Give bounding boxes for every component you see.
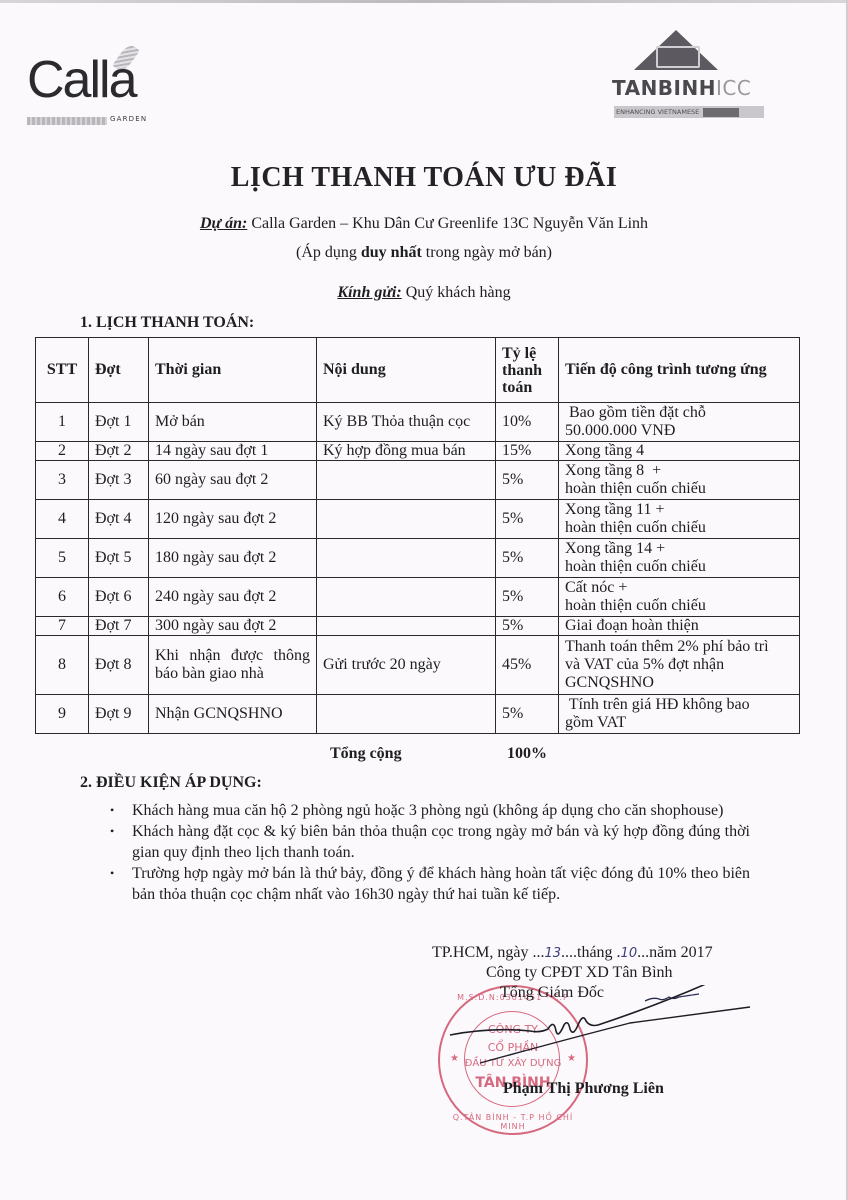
calla-logo-subtext: GARDEN — [110, 115, 147, 123]
cell-rate: 5% — [496, 578, 559, 617]
cell-rate: 10% — [496, 403, 559, 442]
cell-progress: Xong tầng 8 +hoàn thiện cuốn chiếu — [559, 461, 800, 500]
cell-time: 120 ngày sau đợt 2 — [149, 500, 317, 539]
cell-rate: 5% — [496, 539, 559, 578]
cell-stt: 4 — [36, 500, 89, 539]
cell-dot: Đợt 1 — [89, 403, 149, 442]
cell-dot: Đợt 7 — [89, 617, 149, 636]
greeting-label: Kính gửi: — [337, 284, 401, 301]
cell-stt: 5 — [36, 539, 89, 578]
tanbinh-brand: TANBINH — [612, 76, 716, 100]
date-mid: ....tháng . — [561, 944, 621, 961]
greeting-line: Kính gửi: Quý khách hàng — [0, 284, 848, 302]
cell-stt: 3 — [36, 461, 89, 500]
signer-name: Phạm Thị Phương Liên — [503, 1080, 664, 1098]
progress-line: Giai đoạn hoàn thiện — [565, 617, 793, 635]
cell-rate: 5% — [496, 500, 559, 539]
condition-text: Khách hàng đặt cọc & ký biên bản thỏa th… — [132, 823, 750, 861]
cell-dot: Đợt 4 — [89, 500, 149, 539]
list-item: •Trường hợp ngày mở bán là thứ bảy, đồng… — [110, 863, 750, 905]
col-header-progress: Tiến độ công trình tương ứng — [559, 338, 800, 403]
cell-time: 240 ngày sau đợt 2 — [149, 578, 317, 617]
progress-line: hoàn thiện cuốn chiếu — [565, 519, 793, 537]
cell-content — [317, 500, 496, 539]
col-header-dot: Đợt — [89, 338, 149, 403]
condition-text: Trường hợp ngày mở bán là thứ bảy, đồng … — [132, 865, 750, 903]
signing-company: Công ty CPĐT XD Tân Bình — [486, 964, 673, 982]
condition-text: Khách hàng mua căn hộ 2 phòng ngủ hoặc 3… — [132, 802, 723, 819]
progress-line: GCNQSHNO — [565, 674, 793, 692]
total-value: 100% — [507, 745, 547, 763]
date-suffix: ...năm 2017 — [637, 944, 713, 961]
stamp-ring-bottom-text: Q.TÂN BÌNH - T.P HỒ CHÍ MINH — [440, 1113, 586, 1131]
table-row: 7Đợt 7300 ngày sau đợt 25%Giai đoạn hoàn… — [36, 617, 800, 636]
table-body: 1Đợt 1Mở bánKý BB Thỏa thuận cọc10% Bao … — [36, 403, 800, 734]
table-row: 2Đợt 214 ngày sau đợt 1Ký hợp đồng mua b… — [36, 442, 800, 461]
document-title: LỊCH THANH TOÁN ƯU ĐÃI — [0, 162, 848, 194]
bullet-icon: • — [110, 863, 114, 884]
cell-dot: Đợt 5 — [89, 539, 149, 578]
cell-stt: 2 — [36, 442, 89, 461]
tagline-block — [703, 108, 739, 117]
cell-stt: 9 — [36, 695, 89, 734]
cell-content — [317, 539, 496, 578]
table-row: 3Đợt 360 ngày sau đợt 25%Xong tầng 8 +ho… — [36, 461, 800, 500]
col-header-rate: Tỷ lệ thanh toán — [496, 338, 559, 403]
cell-progress: Xong tầng 14 +hoàn thiện cuốn chiếu — [559, 539, 800, 578]
project-label: Dự án: — [200, 215, 247, 232]
apply-prefix: (Áp dụng — [296, 244, 361, 261]
progress-line: Thanh toán thêm 2% phí bảo trì — [565, 638, 793, 656]
conditions-list: •Khách hàng mua căn hộ 2 phòng ngủ hoặc … — [110, 800, 750, 905]
apply-suffix: trong ngày mở bán) — [422, 244, 552, 261]
cell-content: Ký hợp đồng mua bán — [317, 442, 496, 461]
cell-stt: 6 — [36, 578, 89, 617]
cell-content: Ký BB Thỏa thuận cọc — [317, 403, 496, 442]
cell-dot: Đợt 3 — [89, 461, 149, 500]
tanbinh-tagline: ENHANCING VIETNAMESE — [614, 106, 764, 118]
handwritten-signature — [440, 985, 770, 1075]
cell-time: Khi nhận được thông báo bàn giao nhà — [149, 636, 317, 695]
cell-progress: Tính trên giá HĐ không baogồm VAT — [559, 695, 800, 734]
cell-progress: Giai đoạn hoàn thiện — [559, 617, 800, 636]
table-row: 8Đợt 8Khi nhận được thông báo bàn giao n… — [36, 636, 800, 695]
bullet-icon: • — [110, 800, 114, 821]
payment-schedule-table: STT Đợt Thời gian Nội dung Tỷ lệ thanh t… — [35, 337, 800, 734]
handwritten-month: 10 — [621, 946, 638, 961]
apply-bold: duy nhất — [361, 244, 422, 261]
cell-stt: 1 — [36, 403, 89, 442]
signing-date: TP.HCM, ngày ...13....tháng .10...năm 20… — [432, 944, 713, 962]
section-2-heading: 2. ĐIỀU KIỆN ÁP DỤNG: — [80, 774, 262, 792]
tanbinh-icc-logo: TANBINHICC ENHANCING VIETNAMESE — [612, 30, 772, 125]
list-item: •Khách hàng mua căn hộ 2 phòng ngủ hoặc … — [110, 800, 750, 821]
cell-dot: Đợt 6 — [89, 578, 149, 617]
progress-line: hoàn thiện cuốn chiếu — [565, 480, 793, 498]
calla-garden-logo: Calla GARDEN — [27, 40, 157, 130]
progress-line: và VAT của 5% đợt nhận — [565, 656, 793, 674]
table-header-row: STT Đợt Thời gian Nội dung Tỷ lệ thanh t… — [36, 338, 800, 403]
cell-time: 14 ngày sau đợt 1 — [149, 442, 317, 461]
cell-content — [317, 578, 496, 617]
cell-content: Gửi trước 20 ngày — [317, 636, 496, 695]
date-prefix: TP.HCM, ngày ... — [432, 944, 544, 961]
tagline-text: ENHANCING VIETNAMESE — [616, 108, 699, 116]
col-header-content: Nội dung — [317, 338, 496, 403]
col-header-stt: STT — [36, 338, 89, 403]
cell-content — [317, 461, 496, 500]
total-label: Tổng cộng — [330, 745, 402, 763]
col-header-time: Thời gian — [149, 338, 317, 403]
cell-time: 60 ngày sau đợt 2 — [149, 461, 317, 500]
cell-progress: Bao gồm tiền đặt chỗ50.000.000 VNĐ — [559, 403, 800, 442]
progress-line: Bao gồm tiền đặt chỗ — [565, 404, 793, 422]
cell-time: 300 ngày sau đợt 2 — [149, 617, 317, 636]
table-row: 9Đợt 9Nhận GCNQSHNO5% Tính trên giá HĐ k… — [36, 695, 800, 734]
bullet-icon: • — [110, 821, 114, 842]
progress-line: gồm VAT — [565, 714, 793, 732]
progress-line: hoàn thiện cuốn chiếu — [565, 597, 793, 615]
progress-line: Xong tầng 4 — [565, 442, 793, 460]
cell-progress: Thanh toán thêm 2% phí bảo trìvà VAT của… — [559, 636, 800, 695]
calla-logo-text: Calla — [27, 54, 136, 106]
table-row: 4Đợt 4120 ngày sau đợt 25%Xong tầng 11 +… — [36, 500, 800, 539]
progress-line: Xong tầng 14 + — [565, 540, 793, 558]
tanbinh-brand-suffix: ICC — [716, 76, 751, 100]
greeting-value: Quý khách hàng — [406, 284, 511, 301]
handwritten-day: 13 — [544, 946, 561, 961]
progress-line: Xong tầng 8 + — [565, 462, 793, 480]
cell-rate: 15% — [496, 442, 559, 461]
cell-dot: Đợt 2 — [89, 442, 149, 461]
cell-time: 180 ngày sau đợt 2 — [149, 539, 317, 578]
cell-progress: Xong tầng 4 — [559, 442, 800, 461]
progress-line: 50.000.000 VNĐ — [565, 422, 793, 440]
cell-rate: 45% — [496, 636, 559, 695]
cell-rate: 5% — [496, 617, 559, 636]
cell-rate: 5% — [496, 695, 559, 734]
cell-dot: Đợt 9 — [89, 695, 149, 734]
cell-time: Mở bán — [149, 403, 317, 442]
emblem-mark — [656, 46, 700, 68]
section-1-heading: 1. LỊCH THANH TOÁN: — [80, 314, 254, 332]
progress-line: Xong tầng 11 + — [565, 501, 793, 519]
cell-progress: Xong tầng 11 +hoàn thiện cuốn chiếu — [559, 500, 800, 539]
cell-stt: 8 — [36, 636, 89, 695]
progress-line: Tính trên giá HĐ không bao — [565, 696, 793, 714]
cell-progress: Cất nóc +hoàn thiện cuốn chiếu — [559, 578, 800, 617]
table-row: 6Đợt 6240 ngày sau đợt 25%Cất nóc +hoàn … — [36, 578, 800, 617]
table-row: 1Đợt 1Mở bánKý BB Thỏa thuận cọc10% Bao … — [36, 403, 800, 442]
cell-content — [317, 617, 496, 636]
apply-note: (Áp dụng duy nhất trong ngày mở bán) — [0, 244, 848, 262]
tanbinh-logo-text: TANBINHICC — [612, 76, 751, 100]
project-value: Calla Garden – Khu Dân Cư Greenlife 13C … — [251, 215, 648, 232]
cell-time: Nhận GCNQSHNO — [149, 695, 317, 734]
logo-pattern-bar — [27, 117, 107, 125]
table-row: 5Đợt 5180 ngày sau đợt 25%Xong tầng 14 +… — [36, 539, 800, 578]
cell-content — [317, 695, 496, 734]
progress-line: hoàn thiện cuốn chiếu — [565, 558, 793, 576]
cell-dot: Đợt 8 — [89, 636, 149, 695]
list-item: •Khách hàng đặt cọc & ký biên bản thỏa t… — [110, 821, 750, 863]
progress-line: Cất nóc + — [565, 579, 793, 597]
project-line: Dự án: Calla Garden – Khu Dân Cư Greenli… — [0, 215, 848, 233]
cell-stt: 7 — [36, 617, 89, 636]
scan-edge-top — [0, 0, 848, 3]
cell-rate: 5% — [496, 461, 559, 500]
